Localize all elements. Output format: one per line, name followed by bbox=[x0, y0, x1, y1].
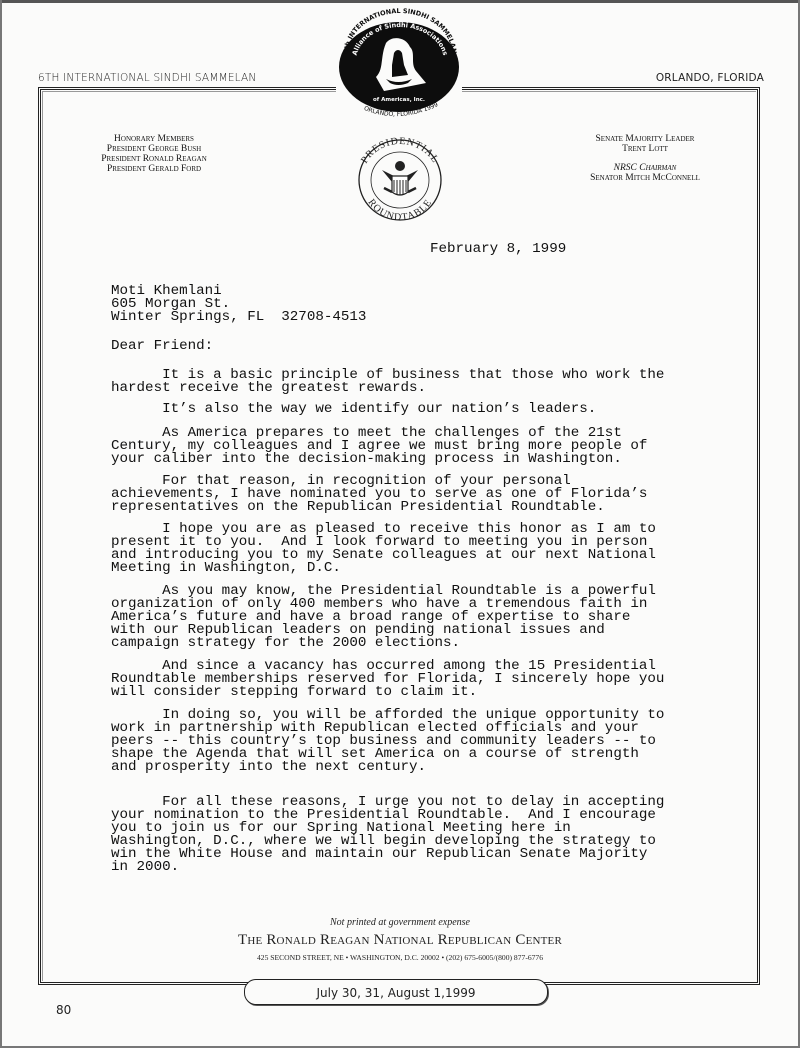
letter-line: hardest receive the greatest rewards. bbox=[111, 382, 426, 395]
chairman-name: Senator Mitch McConnell bbox=[570, 173, 720, 183]
footer-address: 425 SECOND STREET, NE • WASHINGTON, D.C.… bbox=[0, 953, 800, 962]
honorary-heading: Honorary Members bbox=[84, 134, 224, 144]
letter-line: in 2000. bbox=[111, 861, 179, 874]
footer-organization: The Ronald Reagan National Republican Ce… bbox=[0, 932, 800, 949]
salutation: Dear Friend: bbox=[111, 340, 213, 353]
letter-line: Meeting in Washington, D.C. bbox=[111, 562, 341, 575]
letter-line: and prosperity into the next century. bbox=[111, 761, 426, 774]
honorary-members: Honorary Members President George Bush P… bbox=[84, 134, 224, 174]
page-number: 80 bbox=[56, 1003, 71, 1017]
eagle-seal-icon: PRESIDENTIAL ROUNDTABLE bbox=[344, 136, 456, 222]
letter-line: It’s also the way we identify our nation… bbox=[111, 403, 596, 416]
footer-note: Not printed at government expense bbox=[0, 917, 800, 928]
recipient-city: Winter Springs, FL 32708-4513 bbox=[111, 311, 366, 324]
honorary-member: President Ronald Reagan bbox=[84, 154, 224, 164]
senate-leadership: Senate Majority Leader Trent Lott NRSC C… bbox=[570, 134, 720, 183]
letter-line: campaign strategy for the 2000 elections… bbox=[111, 637, 460, 650]
sammelan-logo: 6th INTERNATIONAL SINDHI SAMMELAN Allian… bbox=[336, 5, 462, 121]
svg-text:of Americas, Inc.: of Americas, Inc. bbox=[373, 97, 425, 103]
presidential-roundtable-seal: PRESIDENTIAL ROUNDTABLE bbox=[344, 136, 456, 222]
event-title: 6TH INTERNATIONAL SINDHI SAMMELAN bbox=[38, 72, 256, 84]
svg-text:ROUNDTABLE: ROUNDTABLE bbox=[365, 197, 434, 222]
letter-line: representatives on the Republican Presid… bbox=[111, 501, 605, 514]
letter-line: your caliber into the decision-making pr… bbox=[111, 453, 622, 466]
chairman-title: NRSC Chairman bbox=[570, 163, 720, 173]
event-dates-banner: July 30, 31, August 1,1999 bbox=[244, 979, 548, 1005]
leader-name: Trent Lott bbox=[570, 144, 720, 154]
page-edge bbox=[0, 0, 2, 1048]
page-edge bbox=[0, 0, 800, 3]
event-location: ORLANDO, FLORIDA bbox=[656, 72, 764, 84]
honorary-member: President George Bush bbox=[84, 144, 224, 154]
honorary-member: President Gerald Ford bbox=[84, 164, 224, 174]
sammelan-emblem-icon: 6th INTERNATIONAL SINDHI SAMMELAN Allian… bbox=[336, 5, 462, 121]
letter-line: win the White House and maintain our Rep… bbox=[111, 848, 647, 861]
letter-date: February 8, 1999 bbox=[430, 243, 566, 256]
letter-line: will consider stepping forward to claim … bbox=[111, 686, 477, 699]
leader-title: Senate Majority Leader bbox=[570, 134, 720, 144]
